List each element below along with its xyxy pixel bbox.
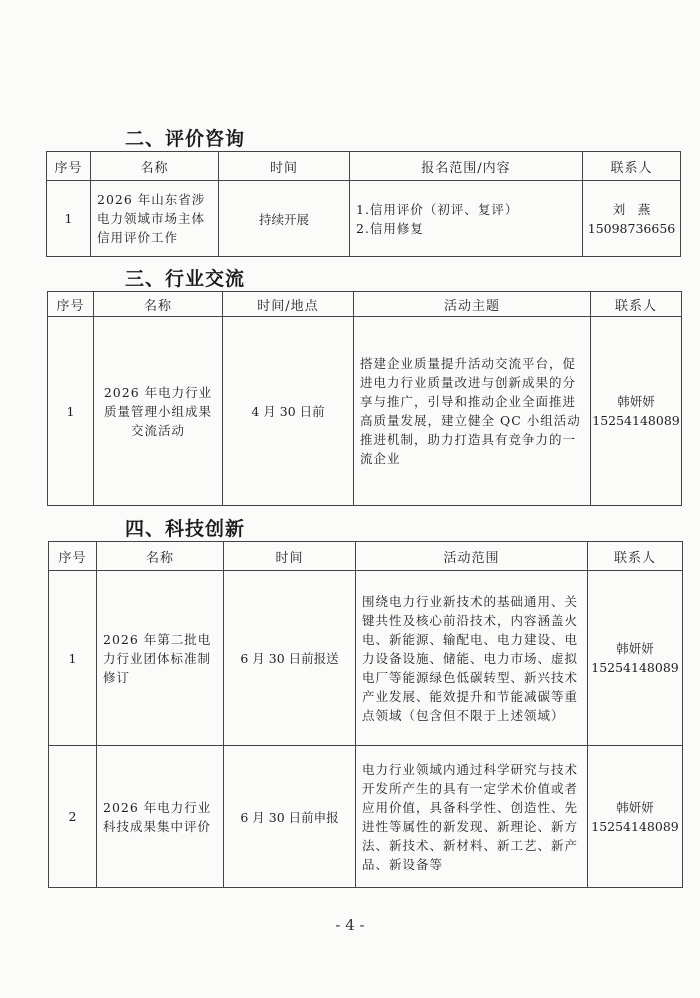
- table-header-row: 序号 名称 时间/地点 活动主题 联系人: [48, 292, 682, 317]
- row-index: 1: [48, 317, 94, 506]
- row-contact: 韩妍妍 15254148089: [588, 746, 683, 888]
- header-contact: 联系人: [588, 542, 683, 571]
- table-row: 1 2026 年山东省涉电力领域市场主体信用评价工作 持续开展 1.信用评价（初…: [47, 181, 681, 257]
- row-name: 2026 年第二批电力行业团体标准制修订: [97, 571, 224, 746]
- row-index: 1: [49, 571, 97, 746]
- contact-phone: 15254148089: [588, 817, 682, 836]
- header-index: 序号: [49, 542, 97, 571]
- contact-name: 刘 燕: [583, 200, 680, 219]
- row-index: 2: [49, 746, 97, 888]
- row-content: 1.信用评价（初评、复评） 2.信用修复: [350, 181, 583, 257]
- innovation-table: 序号 名称 时间 活动范围 联系人 1 2026 年第二批电力行业团体标准制修订…: [48, 541, 683, 888]
- row-name: 2026 年电力行业科技成果集中评价: [97, 746, 224, 888]
- header-index: 序号: [47, 152, 91, 181]
- header-time: 时间: [219, 152, 350, 181]
- header-theme: 活动主题: [354, 292, 591, 317]
- header-time: 时间: [224, 542, 356, 571]
- evaluation-table: 序号 名称 时间 报名范围/内容 联系人 1 2026 年山东省涉电力领域市场主…: [46, 151, 681, 257]
- row-contact: 韩妍妍 15254148089: [588, 571, 683, 746]
- section-heading-innovation: 四、科技创新: [125, 514, 245, 541]
- header-contact: 联系人: [591, 292, 682, 317]
- row-time: 持续开展: [219, 181, 350, 257]
- row-content: 电力行业领域内通过科学研究与技术开发所产生的具有一定学术价值或者应用价值，具备科…: [356, 746, 588, 888]
- row-time: 4 月 30 日前: [223, 317, 354, 506]
- row-content: 搭建企业质量提升活动交流平台，促进电力行业质量改进与创新成果的分享与推广，引导和…: [354, 317, 591, 506]
- table-row: 2 2026 年电力行业科技成果集中评价 6 月 30 日前申报 电力行业领域内…: [49, 746, 683, 888]
- contact-name: 韩妍妍: [588, 639, 682, 658]
- row-time: 6 月 30 日前报送: [224, 571, 356, 746]
- row-index: 1: [47, 181, 91, 257]
- row-contact: 刘 燕 15098736656: [583, 181, 681, 257]
- header-scope: 活动范围: [356, 542, 588, 571]
- row-content: 围绕电力行业新技术的基础通用、关键共性及核心前沿技术，内容涵盖火电、新能源、输配…: [356, 571, 588, 746]
- contact-name: 韩妍妍: [591, 392, 681, 411]
- header-name: 名称: [91, 152, 219, 181]
- header-time-location: 时间/地点: [223, 292, 354, 317]
- contact-phone: 15254148089: [588, 658, 682, 677]
- row-name: 2026 年电力行业质量管理小组成果交流活动: [94, 317, 223, 506]
- header-content: 报名范围/内容: [350, 152, 583, 181]
- section-heading-exchange: 三、行业交流: [125, 264, 245, 291]
- section-heading-evaluation: 二、评价咨询: [125, 124, 245, 151]
- row-name: 2026 年山东省涉电力领域市场主体信用评价工作: [91, 181, 219, 257]
- page-number: - 4 -: [0, 916, 700, 934]
- row-contact: 韩妍妍 15254148089: [591, 317, 682, 506]
- table-header-row: 序号 名称 时间 活动范围 联系人: [49, 542, 683, 571]
- header-contact: 联系人: [583, 152, 681, 181]
- content-line: 1.信用评价（初评、复评）: [356, 200, 576, 219]
- table-row: 1 2026 年第二批电力行业团体标准制修订 6 月 30 日前报送 围绕电力行…: [49, 571, 683, 746]
- table-row: 1 2026 年电力行业质量管理小组成果交流活动 4 月 30 日前 搭建企业质…: [48, 317, 682, 506]
- row-time: 6 月 30 日前申报: [224, 746, 356, 888]
- content-line: 2.信用修复: [356, 219, 576, 238]
- contact-name: 韩妍妍: [588, 798, 682, 817]
- contact-phone: 15254148089: [591, 411, 681, 430]
- table-header-row: 序号 名称 时间 报名范围/内容 联系人: [47, 152, 681, 181]
- header-index: 序号: [48, 292, 94, 317]
- contact-phone: 15098736656: [583, 219, 680, 238]
- exchange-table: 序号 名称 时间/地点 活动主题 联系人 1 2026 年电力行业质量管理小组成…: [47, 291, 682, 506]
- header-name: 名称: [94, 292, 223, 317]
- header-name: 名称: [97, 542, 224, 571]
